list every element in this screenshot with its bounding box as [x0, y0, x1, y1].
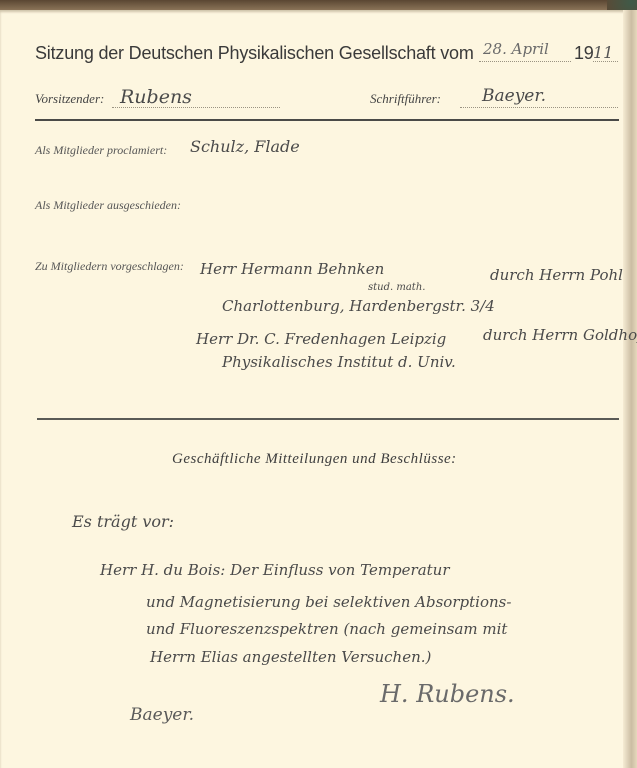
- business-line: Herr H. du Bois: Der Einfluss von Temper…: [100, 561, 450, 579]
- year-dotted-line: [593, 61, 618, 62]
- meeting-date: 28. April: [483, 40, 549, 58]
- chair-label: Vorsitzender:: [35, 91, 104, 107]
- section-divider: [37, 418, 619, 420]
- page-title: Sitzung der Deutschen Physikalischen Ges…: [35, 43, 474, 64]
- business-line: Herrn Elias angestellten Versuchen.): [150, 648, 431, 666]
- proclaimed-label: Als Mitglieder proclamiert:: [35, 143, 167, 158]
- business-intro: Es trägt vor:: [72, 512, 174, 531]
- secretary-name: Baeyer.: [482, 86, 546, 106]
- year-suffix: 11: [593, 43, 613, 62]
- proposed-name: Herr Hermann Behnken: [200, 260, 384, 278]
- header-divider: [35, 119, 619, 121]
- proposed-address: Physikalisches Institut d. Univ.: [222, 353, 456, 371]
- secretary-signature: Baeyer.: [130, 705, 194, 725]
- book-binding-edge: [0, 0, 637, 10]
- proposed-sponsor: durch Herrn Goldhoff.: [483, 326, 637, 344]
- chair-signature: H. Rubens.: [380, 680, 515, 708]
- business-line: und Fluoreszenzspektren (nach gemeinsam …: [146, 620, 507, 638]
- proposed-label: Zu Mitgliedern vorgeschlagen:: [35, 259, 184, 274]
- secretary-label: Schriftführer:: [370, 91, 441, 107]
- business-line: und Magnetisierung bei selektiven Absorp…: [146, 593, 511, 611]
- proposed-sponsor: durch Herrn Pohl: [490, 266, 623, 284]
- proposed-name: Herr Dr. C. Fredenhagen Leipzig: [196, 330, 446, 348]
- date-dotted-line: [479, 61, 571, 62]
- secretary-dotted-line: [460, 107, 618, 108]
- page-gutter-shadow: [623, 10, 637, 768]
- minutes-page: Sitzung der Deutschen Physikalischen Ges…: [0, 10, 637, 768]
- proclaimed-value: Schulz, Flade: [190, 137, 300, 156]
- departed-label: Als Mitglieder ausgeschieden:: [35, 198, 181, 213]
- proposed-note: stud. math.: [368, 282, 425, 293]
- proposed-address: Charlottenburg, Hardenbergstr. 3/4: [222, 297, 495, 315]
- chair-name: Rubens: [120, 86, 192, 108]
- year-prefix: 19: [574, 43, 594, 64]
- business-section-title: Geschäftliche Mitteilungen und Beschlüss…: [172, 451, 457, 468]
